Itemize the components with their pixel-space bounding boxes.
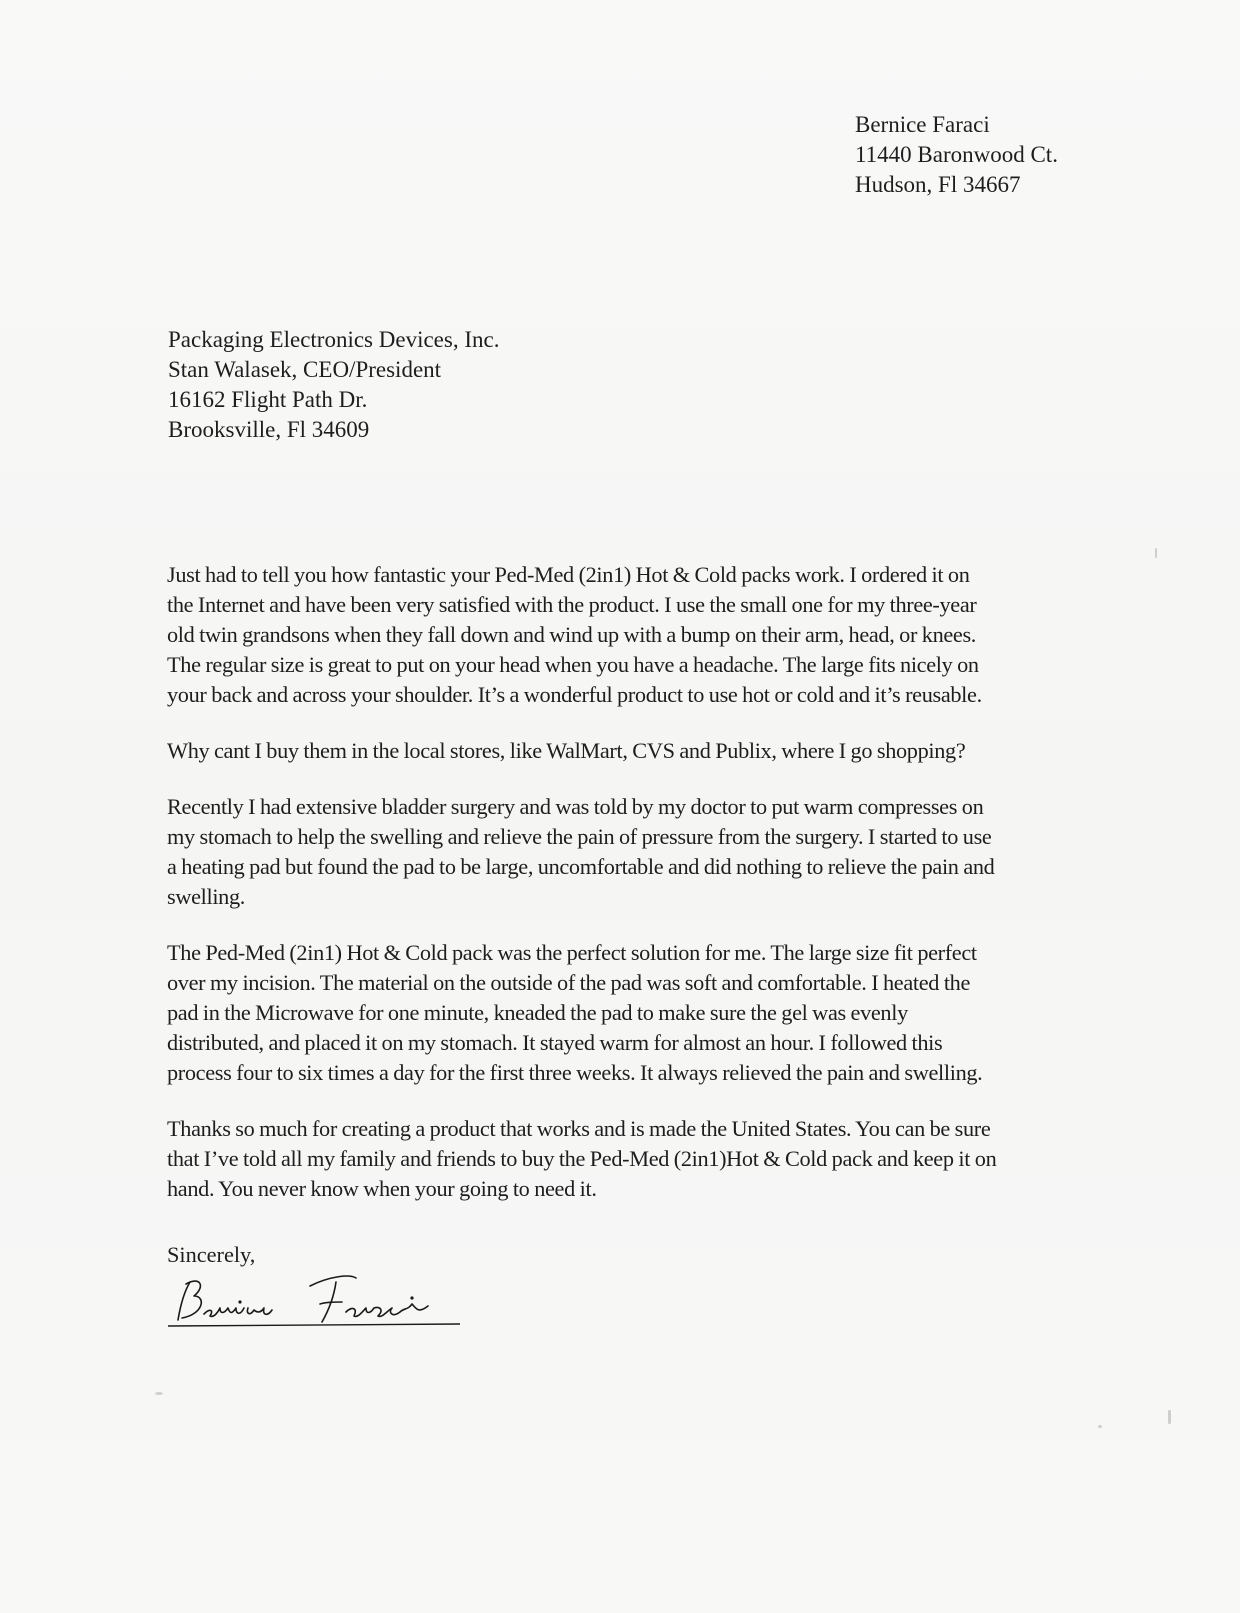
body-line: Just had to tell you how fantastic your … — [167, 560, 1167, 590]
body-paragraph: Thanks so much for creating a product th… — [167, 1114, 1167, 1204]
body-line: old twin grandsons when they fall down a… — [167, 620, 1167, 650]
body-line: your back and across your shoulder. It’s… — [167, 680, 1167, 710]
recipient-company: Packaging Electronics Devices, Inc. — [168, 325, 499, 355]
body-line: a heating pad but found the pad to be la… — [167, 852, 1167, 882]
body-paragraph: Just had to tell you how fantastic your … — [167, 560, 1167, 710]
closing: Sincerely, — [167, 1240, 255, 1270]
sender-city: Hudson, Fl 34667 — [855, 170, 1058, 200]
body-line: Why cant I buy them in the local stores,… — [167, 736, 1167, 766]
scan-artifact — [155, 1392, 163, 1395]
recipient-city: Brooksville, Fl 34609 — [168, 415, 499, 445]
body-line: The regular size is great to put on your… — [167, 650, 1167, 680]
body-line: process four to six times a day for the … — [167, 1058, 1167, 1088]
body-line: hand. You never know when your going to … — [167, 1174, 1167, 1204]
sender-name: Bernice Faraci — [855, 110, 1058, 140]
body-line: Recently I had extensive bladder surgery… — [167, 792, 1167, 822]
letter-page: Bernice Faraci 11440 Baronwood Ct. Hudso… — [0, 0, 1240, 1613]
body-line: distributed, and placed it on my stomach… — [167, 1028, 1167, 1058]
body-line: the Internet and have been very satisfie… — [167, 590, 1167, 620]
scan-artifact — [1098, 1425, 1102, 1428]
sender-street: 11440 Baronwood Ct. — [855, 140, 1058, 170]
recipient-address-block: Packaging Electronics Devices, Inc. Stan… — [168, 325, 499, 445]
body-paragraph: Why cant I buy them in the local stores,… — [167, 736, 1167, 766]
body-line: The Ped-Med (2in1) Hot & Cold pack was t… — [167, 938, 1167, 968]
scan-artifact — [1168, 1410, 1171, 1424]
body-paragraph: The Ped-Med (2in1) Hot & Cold pack was t… — [167, 938, 1167, 1088]
body-line: my stomach to help the swelling and reli… — [167, 822, 1167, 852]
recipient-contact: Stan Walasek, CEO/President — [168, 355, 499, 385]
scan-artifact — [1155, 548, 1157, 558]
body-line: Thanks so much for creating a product th… — [167, 1114, 1167, 1144]
body-line: pad in the Microwave for one minute, kne… — [167, 998, 1167, 1028]
letter-body: Just had to tell you how fantastic your … — [167, 560, 1167, 1230]
sender-address-block: Bernice Faraci 11440 Baronwood Ct. Hudso… — [855, 110, 1058, 200]
body-line: swelling. — [167, 882, 1167, 912]
body-line: that I’ve told all my family and friends… — [167, 1144, 1167, 1174]
body-paragraph: Recently I had extensive bladder surgery… — [167, 792, 1167, 912]
body-line: over my incision. The material on the ou… — [167, 968, 1167, 998]
salutation: Sincerely, — [167, 1240, 255, 1270]
handwritten-signature — [160, 1268, 480, 1338]
signature-icon — [160, 1268, 480, 1338]
recipient-street: 16162 Flight Path Dr. — [168, 385, 499, 415]
